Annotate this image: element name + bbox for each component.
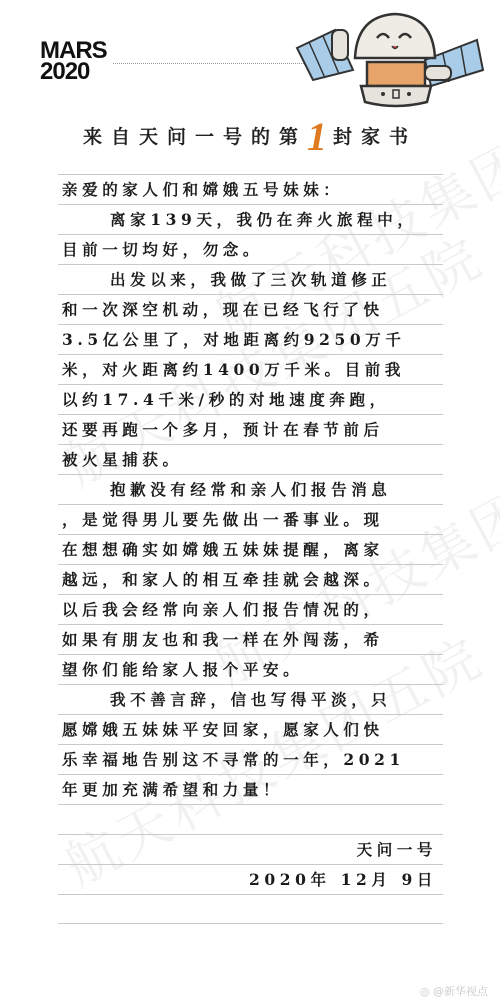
- probe-robot-icon: [295, 8, 485, 108]
- letter-line: 被火星捕获。: [58, 444, 443, 474]
- letter-line: 愿嫦娥五妹妹平安回家，愿家人们快: [58, 714, 443, 744]
- letter-line: 3.5亿公里了，对地距离约9250万千: [58, 324, 443, 354]
- letter-line: 年更加充满希望和力量！: [58, 774, 443, 804]
- letter-line: 望你们能给家人报个平安。: [58, 654, 443, 684]
- dotted-divider: [113, 63, 308, 64]
- letter-line: 目前一切均好，勿念。: [58, 234, 443, 264]
- letter-title: 来自天问一号的第1封家书: [0, 113, 500, 160]
- letter-line: 米，对火距离约1400万千米。目前我: [58, 354, 443, 384]
- letter-signature: 天问一号: [58, 834, 443, 864]
- mars-2020-logo: MARS 2020: [40, 40, 107, 82]
- letter-line: 以后我会经常向亲人们报告情况的，: [58, 594, 443, 624]
- letter-line: 还要再跑一个多月，预计在春节前后: [58, 414, 443, 444]
- letter-line-blank: [58, 894, 443, 924]
- ruled-letter-paper: 亲爱的家人们和嫦娥五号妹妹： 离家139天，我仍在奔火旅程中， 目前一切均好，勿…: [58, 174, 443, 924]
- logo-line-2: 2020: [40, 61, 107, 82]
- title-suffix: 封家书: [333, 126, 417, 148]
- letter-line: 离家139天，我仍在奔火旅程中，: [58, 204, 443, 234]
- letter-line: 以约17.4千米/秒的对地速度奔跑，: [58, 384, 443, 414]
- letter-line: 越远，和家人的相互牵挂就会越深。: [58, 564, 443, 594]
- letter-line: 如果有朋友也和我一样在外闯荡，希: [58, 624, 443, 654]
- letter-line: 和一次深空机动，现在已经飞行了快: [58, 294, 443, 324]
- letter-line: 乐幸福地告别这不寻常的一年，2021: [58, 744, 443, 774]
- letter-line: 抱歉没有经常和亲人们报告消息: [58, 474, 443, 504]
- letter-line: 出发以来，我做了三次轨道修正: [58, 264, 443, 294]
- weibo-watermark: ◎ @新华视点: [420, 983, 488, 999]
- weibo-icon: ◎: [420, 985, 430, 998]
- weibo-handle: @新华视点: [433, 985, 488, 998]
- letter-line-blank: [58, 804, 443, 834]
- letter-date: 2020年 12月 9日: [58, 864, 443, 894]
- letter-line: 在想想确实如嫦娥五妹妹提醒，离家: [58, 534, 443, 564]
- letter-line: 我不善言辞，信也写得平淡，只: [58, 684, 443, 714]
- letter-line-salutation: 亲爱的家人们和嫦娥五号妹妹：: [58, 174, 443, 204]
- letter-line: ，是觉得男儿要先做出一番事业。现: [58, 504, 443, 534]
- title-prefix: 来自天问一号的第: [83, 126, 307, 148]
- title-number: 1: [307, 114, 333, 159]
